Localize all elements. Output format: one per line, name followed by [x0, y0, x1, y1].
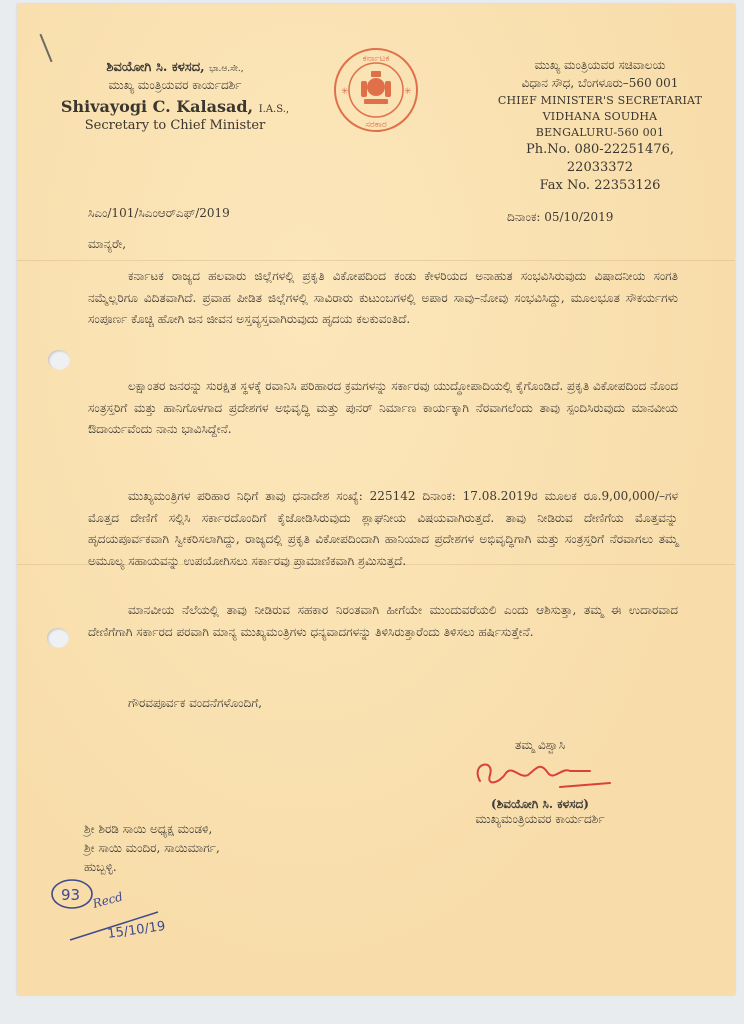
sender-name-english: Shivayogi C. Kalasad,: [61, 97, 253, 116]
sender-title-kannada: ಮುಖ್ಯ ಮಂತ್ರಿಯವರ ಕಾರ್ಯದರ್ಶಿ: [50, 78, 300, 93]
office-address-kannada: ವಿಧಾನ ಸೌಧ, ಬೆಂಗಳೂರು–560 001: [495, 76, 705, 91]
office-phone-2: 22033372: [495, 160, 705, 175]
body-paragraph-2: ಲಕ್ಷಾಂತರ ಜನರನ್ನು ಸುರಕ್ಷಿತ ಸ್ಥಳಕ್ಕೆ ರವಾನಿ…: [88, 376, 678, 441]
body-paragraph-1: ಕರ್ನಾಟಕ ರಾಜ್ಯದ ಹಲವಾರು ಜಿಲ್ಲೆಗಳಲ್ಲಿ ಪ್ರಕೃ…: [88, 266, 678, 331]
salutation: ಮಾನ್ಯರೇ,: [88, 237, 126, 252]
punch-hole: [47, 628, 69, 648]
signatory-name: (ಶಿವಯೋಗಿ ಸಿ. ಕಳಸದ): [440, 797, 640, 812]
letterhead-sender: ಶಿವಯೋಗಿ ಸಿ. ಕಳಸದ, ಭಾ.ಆ.ಸೇ., ಮುಖ್ಯ ಮಂತ್ರಿ…: [50, 60, 300, 133]
signature-block: ತಮ್ಮ ವಿಶ್ವಾಸಿ (ಶಿವಯೋಗಿ ಸಿ. ಕಳಸದ) ಮುಖ್ಯಮಂ…: [440, 738, 640, 827]
karnataka-emblem-icon: ಕರ್ನಾಟಕ ಸರಕಾರ ✳ ✳: [333, 47, 419, 133]
recipient-line-3: ಹುಬ್ಬಳ್ಳಿ.: [84, 858, 220, 877]
svg-text:✳: ✳: [341, 87, 349, 97]
svg-text:Recd: Recd: [90, 889, 124, 911]
fold-line: [17, 260, 735, 261]
closing-line: ಗೌರವಪೂರ್ವಕ ವಂದನೆಗಳೊಂದಿಗೆ,: [128, 696, 262, 711]
office-name-kannada: ಮುಖ್ಯ ಮಂತ್ರಿಯವರ ಸಚಿವಾಲಯ: [495, 58, 705, 73]
svg-text:✳: ✳: [404, 87, 412, 97]
office-city: BENGALURU-560 001: [495, 126, 705, 139]
office-phone: Ph.No. 080-22251476,: [495, 142, 705, 157]
svg-text:93: 93: [61, 886, 80, 904]
signature-scribble-icon: [440, 753, 640, 795]
sender-name-kannada: ಶಿವಯೋಗಿ ಸಿ. ಕಳಸದ,: [106, 60, 204, 75]
office-building: VIDHANA SOUDHA: [495, 110, 705, 123]
office-fax: Fax No. 22353126: [495, 178, 705, 193]
letter-date: ದಿನಾಂಕ: 05/10/2019: [507, 210, 613, 225]
sender-suffix-kannada: ಭಾ.ಆ.ಸೇ.,: [209, 64, 243, 74]
body-paragraph-4: ಮಾನವೀಯ ನೆಲೆಯಲ್ಲಿ ತಾವು ನೀಡಿರುವ ಸಹಕಾರ ನಿರಂ…: [88, 600, 678, 643]
recipient-line-1: ಶ್ರೀ ಶಿರಡಿ ಸಾಯಿ ಅಧ್ಯಕ್ಷ ಮಂಡಳಿ,: [84, 820, 220, 839]
svg-text:ಸರಕಾರ: ಸರಕಾರ: [365, 120, 387, 130]
body-paragraph-3: ಮುಖ್ಯಮಂತ್ರಿಗಳ ಪರಿಹಾರ ನಿಧಿಗೆ ತಾವು ಧನಾದೇಶ …: [88, 486, 678, 572]
punch-hole: [48, 350, 70, 370]
letterhead-office: ಮುಖ್ಯ ಮಂತ್ರಿಯವರ ಸಚಿವಾಲಯ ವಿಧಾನ ಸೌಧ, ಬೆಂಗಳ…: [495, 58, 705, 193]
recipient-address: ಶ್ರೀ ಶಿರಡಿ ಸಾಯಿ ಅಧ್ಯಕ್ಷ ಮಂಡಳಿ, ಶ್ರೀ ಸಾಯಿ…: [84, 820, 220, 877]
office-name-english: CHIEF MINISTER'S SECRETARIAT: [495, 94, 705, 107]
handwritten-receipt-note: 93 Recd 15/10/19: [48, 878, 178, 948]
recipient-line-2: ಶ್ರೀ ಸಾಯಿ ಮಂದಿರ, ಸಾಯಿಮಾರ್ಗ,: [84, 839, 220, 858]
yours-faithfully: ತಮ್ಮ ವಿಶ್ವಾಸಿ: [440, 738, 640, 753]
signatory-designation: ಮುಖ್ಯಮಂತ್ರಿಯವರ ಕಾರ್ಯದರ್ಶಿ: [440, 812, 640, 827]
reference-number: ಸಿಎಂ/101/ಸಿಎಂಆರ್‌ಎಫ್/2019: [88, 206, 230, 221]
sender-title-english: Secretary to Chief Minister: [50, 118, 300, 133]
svg-text:15/10/19: 15/10/19: [106, 919, 166, 942]
svg-text:ಕರ್ನಾಟಕ: ಕರ್ನಾಟಕ: [363, 54, 390, 64]
sender-suffix-english: I.A.S.,: [259, 104, 289, 115]
